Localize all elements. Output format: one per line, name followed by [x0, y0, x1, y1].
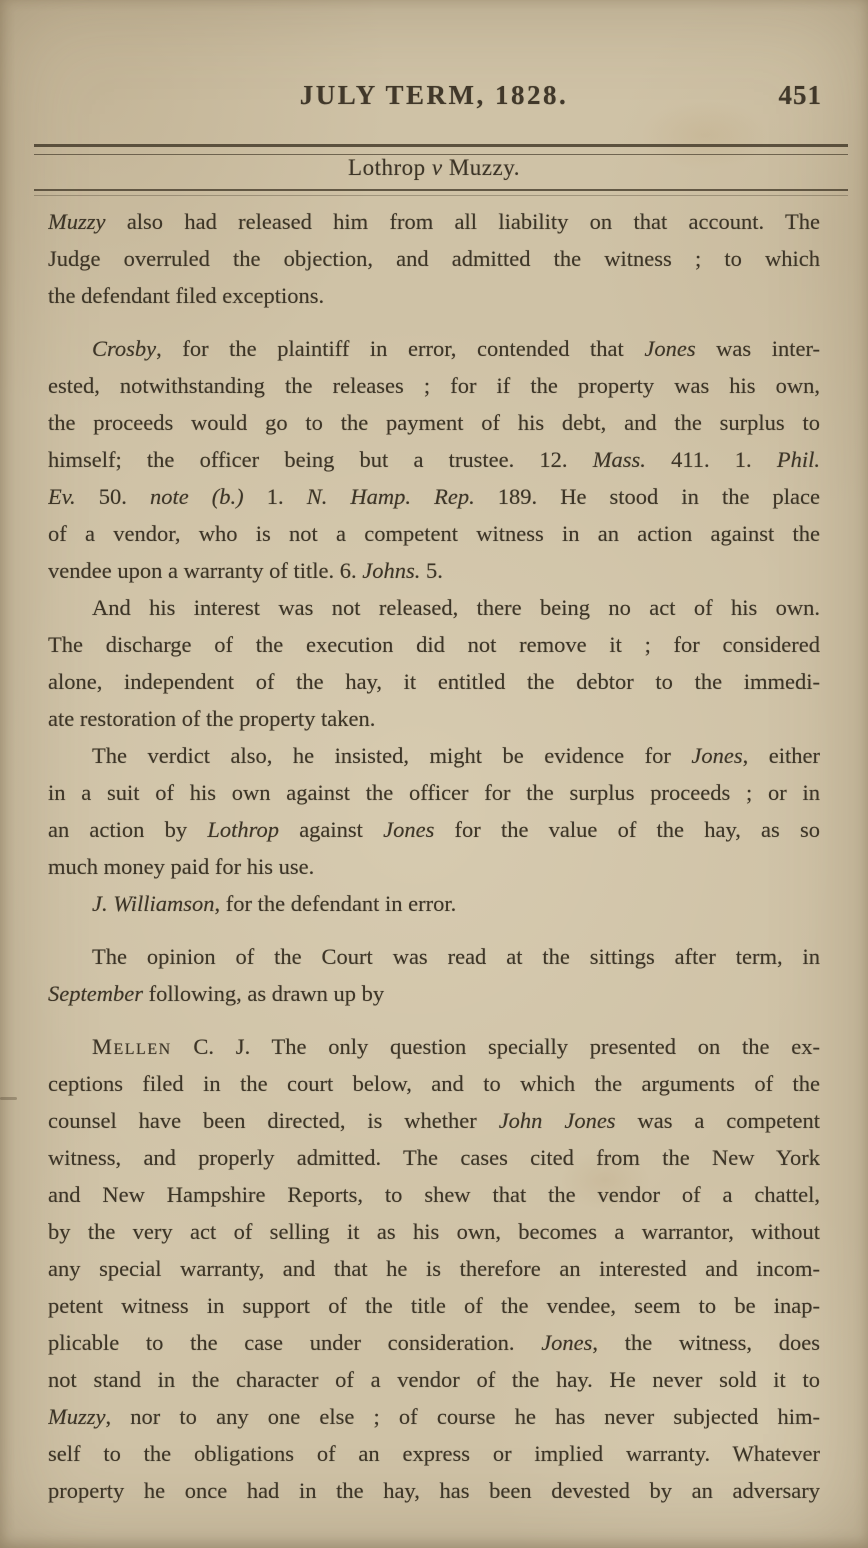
body-text: Muzzy also had released him from all lia… — [48, 203, 820, 1509]
double-rule-top — [34, 144, 848, 155]
text-run: and New Hampshire Reports, to shew that … — [48, 1182, 820, 1207]
text-run: Lothrop — [207, 817, 279, 842]
paragraph: Mellen C. J. The only question specially… — [48, 1028, 820, 1509]
text-line: Mellen C. J. The only question specially… — [48, 1028, 820, 1065]
text-run: the proceeds would go to the payment of … — [48, 410, 820, 435]
text-run: Lothrop — [348, 155, 432, 180]
text-line: the proceeds would go to the payment of … — [48, 404, 820, 441]
text-line: Muzzy, nor to any one else ; of course h… — [48, 1398, 820, 1435]
margin-mark — [0, 1097, 17, 1100]
text-line: plicable to the case under consideration… — [48, 1324, 820, 1361]
text-run: not stand in the character of a vendor o… — [48, 1367, 820, 1392]
text-run: 1. — [244, 484, 307, 509]
text-line: an action by Lothrop against Jones for t… — [48, 811, 820, 848]
text-line: in a suit of his own against the officer… — [48, 774, 820, 811]
term-title: JULY TERM, 1828. — [0, 80, 868, 111]
text-run: Judge overruled the objection, and admit… — [48, 246, 820, 271]
text-run: vendee upon a warranty of title. 6. — [48, 558, 362, 583]
text-run: was a competent — [616, 1108, 820, 1133]
text-run: following, as drawn up by — [143, 981, 384, 1006]
text-run: property he once had in the hay, has bee… — [48, 1478, 820, 1503]
text-run: counsel have been directed, is whether — [48, 1108, 499, 1133]
text-run: 411. 1. — [646, 447, 777, 472]
text-run: alone, independent of the hay, it entitl… — [48, 669, 820, 694]
text-run: for the value of the hay, as so — [434, 817, 820, 842]
text-run: by the very act of selling it as his own… — [48, 1219, 820, 1244]
text-run: any special warranty, and that he is the… — [48, 1256, 820, 1281]
text-line: petent witness in support of the title o… — [48, 1287, 820, 1324]
text-run: ceptions filed in the court below, and t… — [48, 1071, 820, 1096]
text-line: ate restoration of the property taken. — [48, 700, 820, 737]
text-run: Phil. — [777, 447, 820, 472]
text-run: September — [48, 981, 143, 1006]
text-line: And his interest was not released, there… — [48, 589, 820, 626]
text-line: witness, and properly admitted. The case… — [48, 1139, 820, 1176]
text-line: self to the obligations of an express or… — [48, 1435, 820, 1472]
text-run: ested, notwithstanding the releases ; fo… — [48, 373, 820, 398]
text-run: , either — [743, 743, 820, 768]
text-run: Ev. — [48, 484, 76, 509]
paragraph: J. Williamson, for the defendant in erro… — [48, 885, 820, 922]
text-run: The discharge of the execution did not r… — [48, 632, 820, 657]
text-run: , the witness, does — [592, 1330, 820, 1355]
case-title: Lothrop v Muzzy. — [0, 155, 868, 181]
text-run: petent witness in support of the title o… — [48, 1293, 820, 1318]
text-line: vendee upon a warranty of title. 6. John… — [48, 552, 820, 589]
text-run: John Jones — [499, 1108, 616, 1133]
text-run: The opinion of the Court was read at the… — [92, 944, 820, 969]
text-line: The opinion of the Court was read at the… — [48, 938, 820, 975]
text-run: Jones — [541, 1330, 592, 1355]
text-run: Mass. — [593, 447, 646, 472]
text-run: , nor to any one else ; of course he has… — [106, 1404, 821, 1429]
text-line: Crosby, for the plaintiff in error, cont… — [48, 330, 820, 367]
paragraph: The verdict also, he insisted, might be … — [48, 737, 820, 885]
text-line: not stand in the character of a vendor o… — [48, 1361, 820, 1398]
text-run: C. J. The only question specially presen… — [172, 1034, 820, 1059]
text-line: of a vendor, who is not a competent witn… — [48, 515, 820, 552]
text-line: September following, as drawn up by — [48, 975, 820, 1012]
text-line: by the very act of selling it as his own… — [48, 1213, 820, 1250]
text-run: 50. — [76, 484, 150, 509]
text-run: 5. — [420, 558, 443, 583]
text-line: Judge overruled the objection, and admit… — [48, 240, 820, 277]
text-line: Muzzy also had released him from all lia… — [48, 203, 820, 240]
text-line: Ev. 50. note (b.) 1. N. Hamp. Rep. 189. … — [48, 478, 820, 515]
text-line: and New Hampshire Reports, to shew that … — [48, 1176, 820, 1213]
text-run: in a suit of his own against the officer… — [48, 780, 820, 805]
text-run: Jones — [383, 817, 434, 842]
text-run: Crosby — [92, 336, 156, 361]
text-run: also had released him from all liability… — [106, 209, 821, 234]
text-line: much money paid for his use. — [48, 848, 820, 885]
scanned-book-page: JULY TERM, 1828. 451 Lothrop v Muzzy. Mu… — [0, 0, 868, 1548]
text-line: property he once had in the hay, has bee… — [48, 1472, 820, 1509]
text-run: much money paid for his use. — [48, 854, 314, 879]
text-run: against — [279, 817, 383, 842]
text-run: Muzzy. — [443, 155, 520, 180]
text-line: counsel have been directed, is whether J… — [48, 1102, 820, 1139]
text-line: The discharge of the execution did not r… — [48, 626, 820, 663]
text-run: , for the defendant in error. — [215, 891, 457, 916]
text-run: note (b.) — [150, 484, 244, 509]
text-line: ested, notwithstanding the releases ; fo… — [48, 367, 820, 404]
text-line: J. Williamson, for the defendant in erro… — [48, 885, 820, 922]
text-run: 189. He stood in the place — [475, 484, 820, 509]
rule-under-case-title — [34, 189, 848, 196]
text-run: Johns. — [362, 558, 420, 583]
text-run: Jones — [644, 336, 695, 361]
text-run: an action by — [48, 817, 207, 842]
page-number: 451 — [779, 80, 823, 111]
text-run: Muzzy — [48, 209, 106, 234]
text-run: , for the plaintiff in error, contended … — [156, 336, 644, 361]
text-run: Jones — [691, 743, 742, 768]
text-line: any special warranty, and that he is the… — [48, 1250, 820, 1287]
text-run: himself; the officer being but a trustee… — [48, 447, 593, 472]
text-line: alone, independent of the hay, it entitl… — [48, 663, 820, 700]
text-run: self to the obligations of an express or… — [48, 1441, 820, 1466]
running-header: JULY TERM, 1828. 451 — [0, 80, 868, 116]
text-line: The verdict also, he insisted, might be … — [48, 737, 820, 774]
text-run: ate restoration of the property taken. — [48, 706, 375, 731]
text-run: witness, and properly admitted. The case… — [48, 1145, 820, 1170]
text-line: ceptions filed in the court below, and t… — [48, 1065, 820, 1102]
text-run: the defendant filed exceptions. — [48, 283, 324, 308]
text-run: And his interest was not released, there… — [92, 595, 820, 620]
text-run: J. Williamson — [92, 891, 215, 916]
text-run: was inter- — [696, 336, 820, 361]
text-run: v — [432, 155, 443, 180]
paragraph: And his interest was not released, there… — [48, 589, 820, 737]
text-run: The verdict also, he insisted, might be … — [92, 743, 691, 768]
text-run: N. Hamp. Rep. — [307, 484, 475, 509]
paragraph: Muzzy also had released him from all lia… — [48, 203, 820, 314]
text-line: the defendant filed exceptions. — [48, 277, 820, 314]
text-run: Mellen — [92, 1034, 172, 1059]
paragraph: The opinion of the Court was read at the… — [48, 938, 820, 1012]
text-run: of a vendor, who is not a competent witn… — [48, 521, 820, 546]
text-run: plicable to the case under consideration… — [48, 1330, 541, 1355]
text-run: Muzzy — [48, 1404, 106, 1429]
text-line: himself; the officer being but a trustee… — [48, 441, 820, 478]
paragraph: Crosby, for the plaintiff in error, cont… — [48, 330, 820, 589]
